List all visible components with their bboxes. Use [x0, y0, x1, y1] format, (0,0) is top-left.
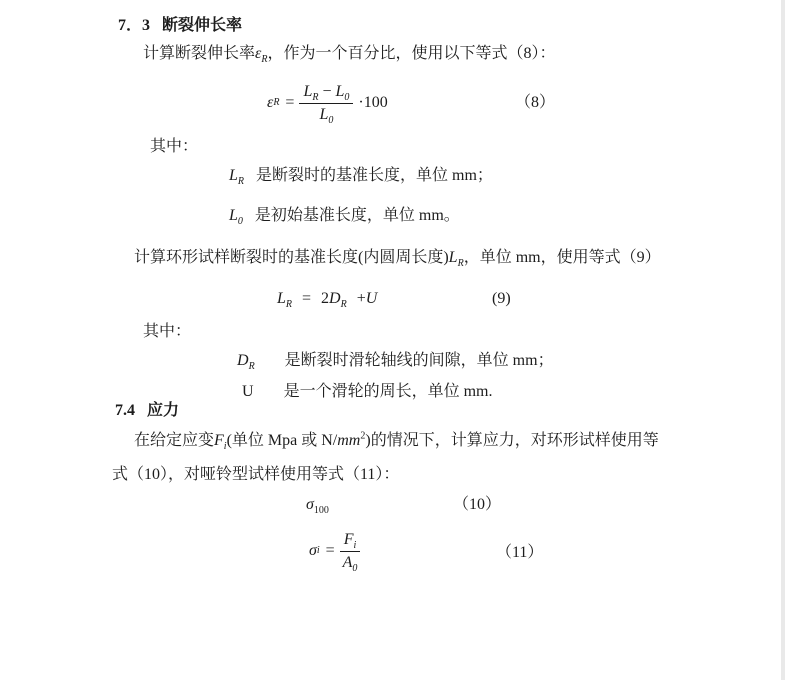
- paragraph-elongation-intro: 计算断裂伸长率εR，作为一个百分比，使用以下等式（8）：: [143, 44, 555, 63]
- equation-8-tag: （8）: [515, 93, 555, 112]
- eq9-lhs-sub: R: [286, 299, 292, 310]
- paragraph-stress-line1: 在给定应变Fi(单位 Mpa 或 N/mm2)的情况下，计算应力，对环形试样使用…: [134, 431, 659, 450]
- paragraph-text: ，作为一个百分比，使用以下等式（8）：: [267, 45, 555, 62]
- eq9-lhs: L: [277, 290, 286, 307]
- equation-11-tag: （11）: [496, 543, 543, 562]
- paragraph-text: ，单位 mm，使用等式（9）: [464, 249, 661, 266]
- equation-9: LR = 2DR +U: [277, 289, 377, 308]
- sigma-subscript: 100: [314, 505, 329, 516]
- definition-text: 是断裂时滑轮轴线的间隙，单位 mm；: [285, 352, 554, 369]
- f-symbol: F: [214, 432, 224, 449]
- eq11-denominator: A0: [340, 552, 361, 572]
- lr-symbol: L: [449, 249, 458, 266]
- paragraph-text: 计算断裂伸长率: [143, 45, 255, 62]
- u-symbol: U: [366, 290, 378, 307]
- l0-subscript: 0: [238, 216, 243, 227]
- l0-symbol: L: [229, 207, 238, 224]
- definition-text: 是初始基准长度，单位 mm。: [255, 207, 460, 224]
- definition-text: 是断裂时的基准长度，单位 mm；: [256, 167, 493, 184]
- eq11-den-sub: 0: [352, 563, 357, 574]
- eq8-numerator: LR − L0: [299, 82, 353, 103]
- minus-sign: −: [322, 83, 331, 100]
- heading-7-4-number: 7.4: [115, 402, 135, 419]
- paragraph-text: 计算环形试样断裂时的基准长度(内圆周长度): [134, 249, 449, 266]
- equation-9-tag: (9): [492, 289, 511, 308]
- paragraph-ring-specimen: 计算环形试样断裂时的基准长度(内圆周长度)LR，单位 mm，使用等式（9）: [134, 248, 661, 267]
- eq9-coefficient: 2: [321, 290, 329, 307]
- definition-l0: L0是初始基准长度，单位 mm。: [229, 206, 460, 225]
- heading-7-4-title: 应力: [147, 402, 179, 419]
- dr-symbol: D: [329, 290, 341, 307]
- paragraph-text: 在给定应变: [134, 432, 214, 449]
- definition-dr: DR是断裂时滑轮轴线的间隙，单位 mm；: [237, 351, 554, 370]
- lr-symbol: L: [229, 167, 238, 184]
- eq8-num-l2-sub: 0: [344, 93, 349, 104]
- definition-u: U是一个滑轮的周长，单位 mm.: [242, 382, 492, 401]
- equals-sign: =: [302, 290, 311, 307]
- eq8-denominator: L0: [299, 104, 353, 124]
- heading-7-3: 7．3断裂伸长率: [118, 16, 242, 35]
- eq11-num-sub: i: [353, 541, 356, 552]
- eq11-fraction: Fi A0: [340, 530, 361, 571]
- equation-8: εR = LR − L0 L0 ·100: [267, 84, 388, 122]
- eq8-fraction: LR − L0 L0: [299, 82, 353, 123]
- sigma-symbol: σ: [306, 496, 314, 513]
- dr-subscript: R: [249, 361, 255, 372]
- eq8-den-sub: 0: [328, 115, 333, 126]
- dr-subscript: R: [341, 299, 347, 310]
- paragraph-text: )的情况下，计算应力，对环形试样使用等: [365, 432, 658, 449]
- mm-symbol: mm: [337, 432, 360, 449]
- paragraph-stress-line2: 式（10），对哑铃型试样使用等式（11）：: [112, 465, 399, 484]
- where-label-1: 其中：: [150, 137, 198, 156]
- eq8-num-l1-sub: R: [312, 93, 318, 104]
- eq11-den-a: A: [343, 554, 353, 571]
- lr-subscript: R: [238, 176, 244, 187]
- heading-7-3-title: 断裂伸长率: [162, 17, 242, 34]
- equals-sign: =: [326, 541, 335, 560]
- heading-7-4: 7.4应力: [115, 401, 179, 420]
- eq11-numerator: Fi: [340, 530, 361, 551]
- plus-sign: +: [357, 290, 366, 307]
- equation-11: σi = Fi A0: [309, 529, 365, 573]
- sigma-symbol: σ: [309, 541, 317, 560]
- equals-sign: =: [285, 93, 294, 112]
- dr-symbol: D: [237, 352, 249, 369]
- definition-lr: LR是断裂时的基准长度，单位 mm；: [229, 166, 493, 185]
- document-page: 7．3断裂伸长率 计算断裂伸长率εR，作为一个百分比，使用以下等式（8）： εR…: [0, 0, 785, 680]
- where-label-2: 其中：: [143, 322, 191, 341]
- equation-10: σ100: [306, 495, 329, 514]
- page-edge: [781, 0, 785, 680]
- paragraph-text: (单位 Mpa 或 N/: [227, 432, 338, 449]
- equation-10-tag: （10）: [453, 495, 501, 514]
- eq8-factor: ·100: [358, 93, 387, 112]
- heading-7-3-number: 7．3: [118, 17, 150, 34]
- u-symbol: U: [242, 383, 254, 400]
- definition-text: 是一个滑轮的周长，单位 mm.: [284, 383, 493, 400]
